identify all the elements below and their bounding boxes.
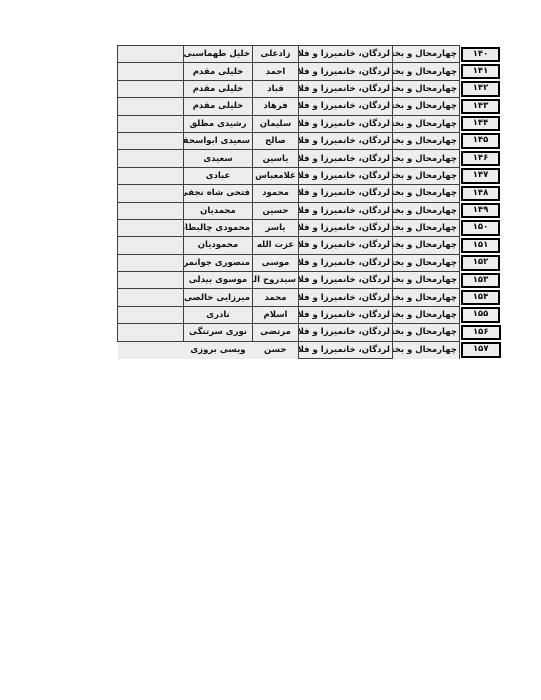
district-cell: لردگان، خانمیرزا و فلارد (299, 237, 393, 254)
last-name-cell: سعیدی ابواسحقی (184, 132, 253, 149)
last-name-cell: نادری (184, 306, 253, 323)
first-name-cell: یاسر (253, 219, 299, 236)
last-name-cell: عبادی (184, 167, 253, 184)
first-name-cell: سلیمان (253, 115, 299, 132)
empty-cell (118, 289, 184, 306)
empty-cell (118, 63, 184, 80)
row-number-cell: ۱۵۰ (460, 219, 501, 236)
row-number-box: ۱۴۰ (461, 47, 500, 62)
row-number-box: ۱۴۶ (461, 151, 500, 166)
province-cell: چهارمحال و بختیاری (393, 289, 460, 306)
last-name-cell: محمودی چالبطان (184, 219, 253, 236)
row-number-box: ۱۴۱ (461, 64, 500, 79)
table-row: میرزایی خالصیمحمدلردگان، خانمیرزا و فلار… (118, 289, 501, 306)
district-cell: لردگان، خانمیرزا و فلارد (299, 115, 393, 132)
row-number-cell: ۱۴۷ (460, 167, 501, 184)
empty-cell (118, 132, 184, 149)
table-row: سعیدی ابواسحقیصالحلردگان، خانمیرزا و فلا… (118, 132, 501, 149)
row-number-box: ۱۵۰ (461, 220, 500, 235)
province-cell: چهارمحال و بختیاری (393, 46, 460, 63)
province-cell: چهارمحال و بختیاری (393, 63, 460, 80)
empty-cell (118, 150, 184, 167)
province-cell: چهارمحال و بختیاری (393, 324, 460, 341)
empty-cell (118, 306, 184, 323)
table-row: خلیلی مقدماحمدلردگان، خانمیرزا و فلاردچه… (118, 63, 501, 80)
row-number-box: ۱۴۲ (461, 81, 500, 96)
row-number-cell: ۱۴۹ (460, 202, 501, 219)
row-number-box: ۱۵۶ (461, 325, 501, 340)
empty-cell (118, 115, 184, 132)
last-name-cell: خلیلی مقدم (184, 80, 253, 97)
table-row: محمودیانعزت اللهلردگان، خانمیرزا و فلارد… (118, 237, 501, 254)
first-name-cell: موسی (253, 254, 299, 271)
province-cell: چهارمحال و بختیاری (393, 202, 460, 219)
district-cell: لردگان، خانمیرزا و فلارد (299, 202, 393, 219)
province-cell: چهارمحال و بختیاری (393, 254, 460, 271)
table-row: خلیلی مقدمفرهادلردگان، خانمیرزا و فلاردچ… (118, 98, 501, 115)
table-row: محمودی چالبطانیاسرلردگان، خانمیرزا و فلا… (118, 219, 501, 236)
first-name-cell: حسین (253, 202, 299, 219)
table-row: منصوری جوانمردیموسیلردگان، خانمیرزا و فل… (118, 254, 501, 271)
district-cell: لردگان، خانمیرزا و فلارد (299, 219, 393, 236)
district-cell: لردگان، خانمیرزا و فلارد (299, 63, 393, 80)
table-row: خلیل طهماسبیزادعلیلردگان، خانمیرزا و فلا… (118, 46, 501, 63)
district-cell: لردگان، خانمیرزا و فلارد (299, 341, 393, 358)
empty-cell (118, 254, 184, 271)
district-cell: لردگان، خانمیرزا و فلارد (299, 80, 393, 97)
row-number-cell: ۱۴۸ (460, 185, 501, 202)
district-cell: لردگان، خانمیرزا و فلارد (299, 185, 393, 202)
row-number-box: ۱۴۳ (461, 99, 500, 114)
empty-cell (118, 272, 184, 289)
last-name-cell: سعیدی (184, 150, 253, 167)
last-name-cell: خلیل طهماسبی (184, 46, 253, 63)
table-row: ویسی بروزیحسنلردگان، خانمیرزا و فلاردچها… (118, 341, 501, 358)
last-name-cell: ویسی بروزی (184, 341, 253, 358)
table-row: نادریاسلاملردگان، خانمیرزا و فلاردچهارمح… (118, 306, 501, 323)
district-cell: لردگان، خانمیرزا و فلارد (299, 324, 393, 341)
row-number-cell: ۱۴۳ (460, 98, 501, 115)
empty-cell (118, 324, 184, 341)
last-name-cell: محمدیان (184, 202, 253, 219)
row-number-cell: ۱۴۶ (460, 150, 501, 167)
first-name-cell: سیدروح الله (253, 272, 299, 289)
last-name-cell: موسوی بیدلی (184, 272, 253, 289)
last-name-cell: نوری سرتنگی (184, 324, 253, 341)
last-name-cell: محمودیان (184, 237, 253, 254)
row-number-box: ۱۵۱ (461, 238, 500, 253)
province-cell: چهارمحال و بختیاری (393, 115, 460, 132)
table-row: رشیدی مطلقسلیمانلردگان، خانمیرزا و فلارد… (118, 115, 501, 132)
table-row: سعیدییاسینلردگان، خانمیرزا و فلاردچهارمح… (118, 150, 501, 167)
first-name-cell: احمد (253, 63, 299, 80)
row-number-cell: ۱۵۳ (460, 272, 501, 289)
province-cell: چهارمحال و بختیاری (393, 237, 460, 254)
row-number-box: ۱۵۳ (461, 273, 500, 288)
row-number-cell: ۱۴۱ (460, 63, 501, 80)
first-name-cell: عزت الله (253, 237, 299, 254)
first-name-cell: غلامعباس (253, 167, 299, 184)
district-cell: لردگان، خانمیرزا و فلارد (299, 98, 393, 115)
table-row: عبادیغلامعباسلردگان، خانمیرزا و فلاردچها… (118, 167, 501, 184)
row-number-cell: ۱۴۰ (460, 46, 501, 63)
province-cell: چهارمحال و بختیاری (393, 150, 460, 167)
row-number-cell: ۱۴۲ (460, 80, 501, 97)
last-name-cell: خلیلی مقدم (184, 63, 253, 80)
row-number-cell: ۱۵۶ (460, 324, 501, 341)
last-name-cell: میرزایی خالصی (184, 289, 253, 306)
first-name-cell: محمود (253, 185, 299, 202)
row-number-box: ۱۴۹ (461, 203, 500, 218)
province-cell: چهارمحال و بختیاری (393, 132, 460, 149)
first-name-cell: محمد (253, 289, 299, 306)
empty-cell (118, 237, 184, 254)
district-cell: لردگان، خانمیرزا و فلارد (299, 254, 393, 271)
first-name-cell: قباد (253, 80, 299, 97)
row-number-box: ۱۵۴ (461, 290, 500, 305)
district-cell: لردگان، خانمیرزا و فلارد (299, 132, 393, 149)
candidates-table: خلیل طهماسبیزادعلیلردگان، خانمیرزا و فلا… (117, 45, 501, 359)
district-cell: لردگان، خانمیرزا و فلارد (299, 289, 393, 306)
last-name-cell: خلیلی مقدم (184, 98, 253, 115)
last-name-cell: رشیدی مطلق (184, 115, 253, 132)
first-name-cell: صالح (253, 132, 299, 149)
province-cell: چهارمحال و بختیاری (393, 219, 460, 236)
empty-cell (118, 46, 184, 63)
row-number-cell: ۱۴۴ (460, 115, 501, 132)
row-number-box: ۱۴۴ (461, 116, 500, 131)
row-number-box: ۱۵۲ (461, 255, 500, 270)
first-name-cell: یاسین (253, 150, 299, 167)
empty-cell (118, 80, 184, 97)
table-row: موسوی بیدلیسیدروح اللهلردگان، خانمیرزا و… (118, 272, 501, 289)
empty-cell (118, 202, 184, 219)
first-name-cell: زادعلی (253, 46, 299, 63)
row-number-box: ۱۴۵ (461, 133, 500, 148)
row-number-cell: ۱۵۴ (460, 289, 501, 306)
row-number-box: ۱۵۷ (461, 342, 501, 357)
table-row: خلیلی مقدمقبادلردگان، خانمیرزا و فلاردچه… (118, 80, 501, 97)
first-name-cell: اسلام (253, 306, 299, 323)
province-cell: چهارمحال و بختیاری (393, 341, 460, 358)
district-cell: لردگان، خانمیرزا و فلارد (299, 150, 393, 167)
district-cell: لردگان، خانمیرزا و فلارد (299, 272, 393, 289)
empty-cell (118, 341, 184, 358)
province-cell: چهارمحال و بختیاری (393, 185, 460, 202)
empty-cell (118, 167, 184, 184)
district-cell: لردگان، خانمیرزا و فلارد (299, 306, 393, 323)
table-row: فتحی شاه نجفیمحمودلردگان، خانمیرزا و فلا… (118, 185, 501, 202)
row-number-cell: ۱۴۵ (460, 132, 501, 149)
document-page: خلیل طهماسبیزادعلیلردگان، خانمیرزا و فلا… (0, 0, 541, 700)
empty-cell (118, 98, 184, 115)
last-name-cell: منصوری جوانمردی (184, 254, 253, 271)
province-cell: چهارمحال و بختیاری (393, 306, 460, 323)
first-name-cell: فرهاد (253, 98, 299, 115)
row-number-box: ۱۵۵ (461, 307, 500, 322)
province-cell: چهارمحال و بختیاری (393, 80, 460, 97)
row-number-box: ۱۴۸ (461, 186, 500, 201)
row-number-cell: ۱۵۷ (460, 341, 501, 358)
row-number-cell: ۱۵۵ (460, 306, 501, 323)
empty-cell (118, 219, 184, 236)
province-cell: چهارمحال و بختیاری (393, 272, 460, 289)
district-cell: لردگان، خانمیرزا و فلارد (299, 46, 393, 63)
last-name-cell: فتحی شاه نجفی (184, 185, 253, 202)
district-cell: لردگان، خانمیرزا و فلارد (299, 167, 393, 184)
row-number-box: ۱۴۷ (461, 168, 500, 183)
province-cell: چهارمحال و بختیاری (393, 167, 460, 184)
empty-cell (118, 185, 184, 202)
first-name-cell: مرتضی (253, 324, 299, 341)
row-number-cell: ۱۵۱ (460, 237, 501, 254)
table-row: محمدیانحسینلردگان، خانمیرزا و فلاردچهارم… (118, 202, 501, 219)
table-row: نوری سرتنگیمرتضیلردگان، خانمیرزا و فلارد… (118, 324, 501, 341)
province-cell: چهارمحال و بختیاری (393, 98, 460, 115)
first-name-cell: حسن (253, 341, 299, 358)
row-number-cell: ۱۵۲ (460, 254, 501, 271)
